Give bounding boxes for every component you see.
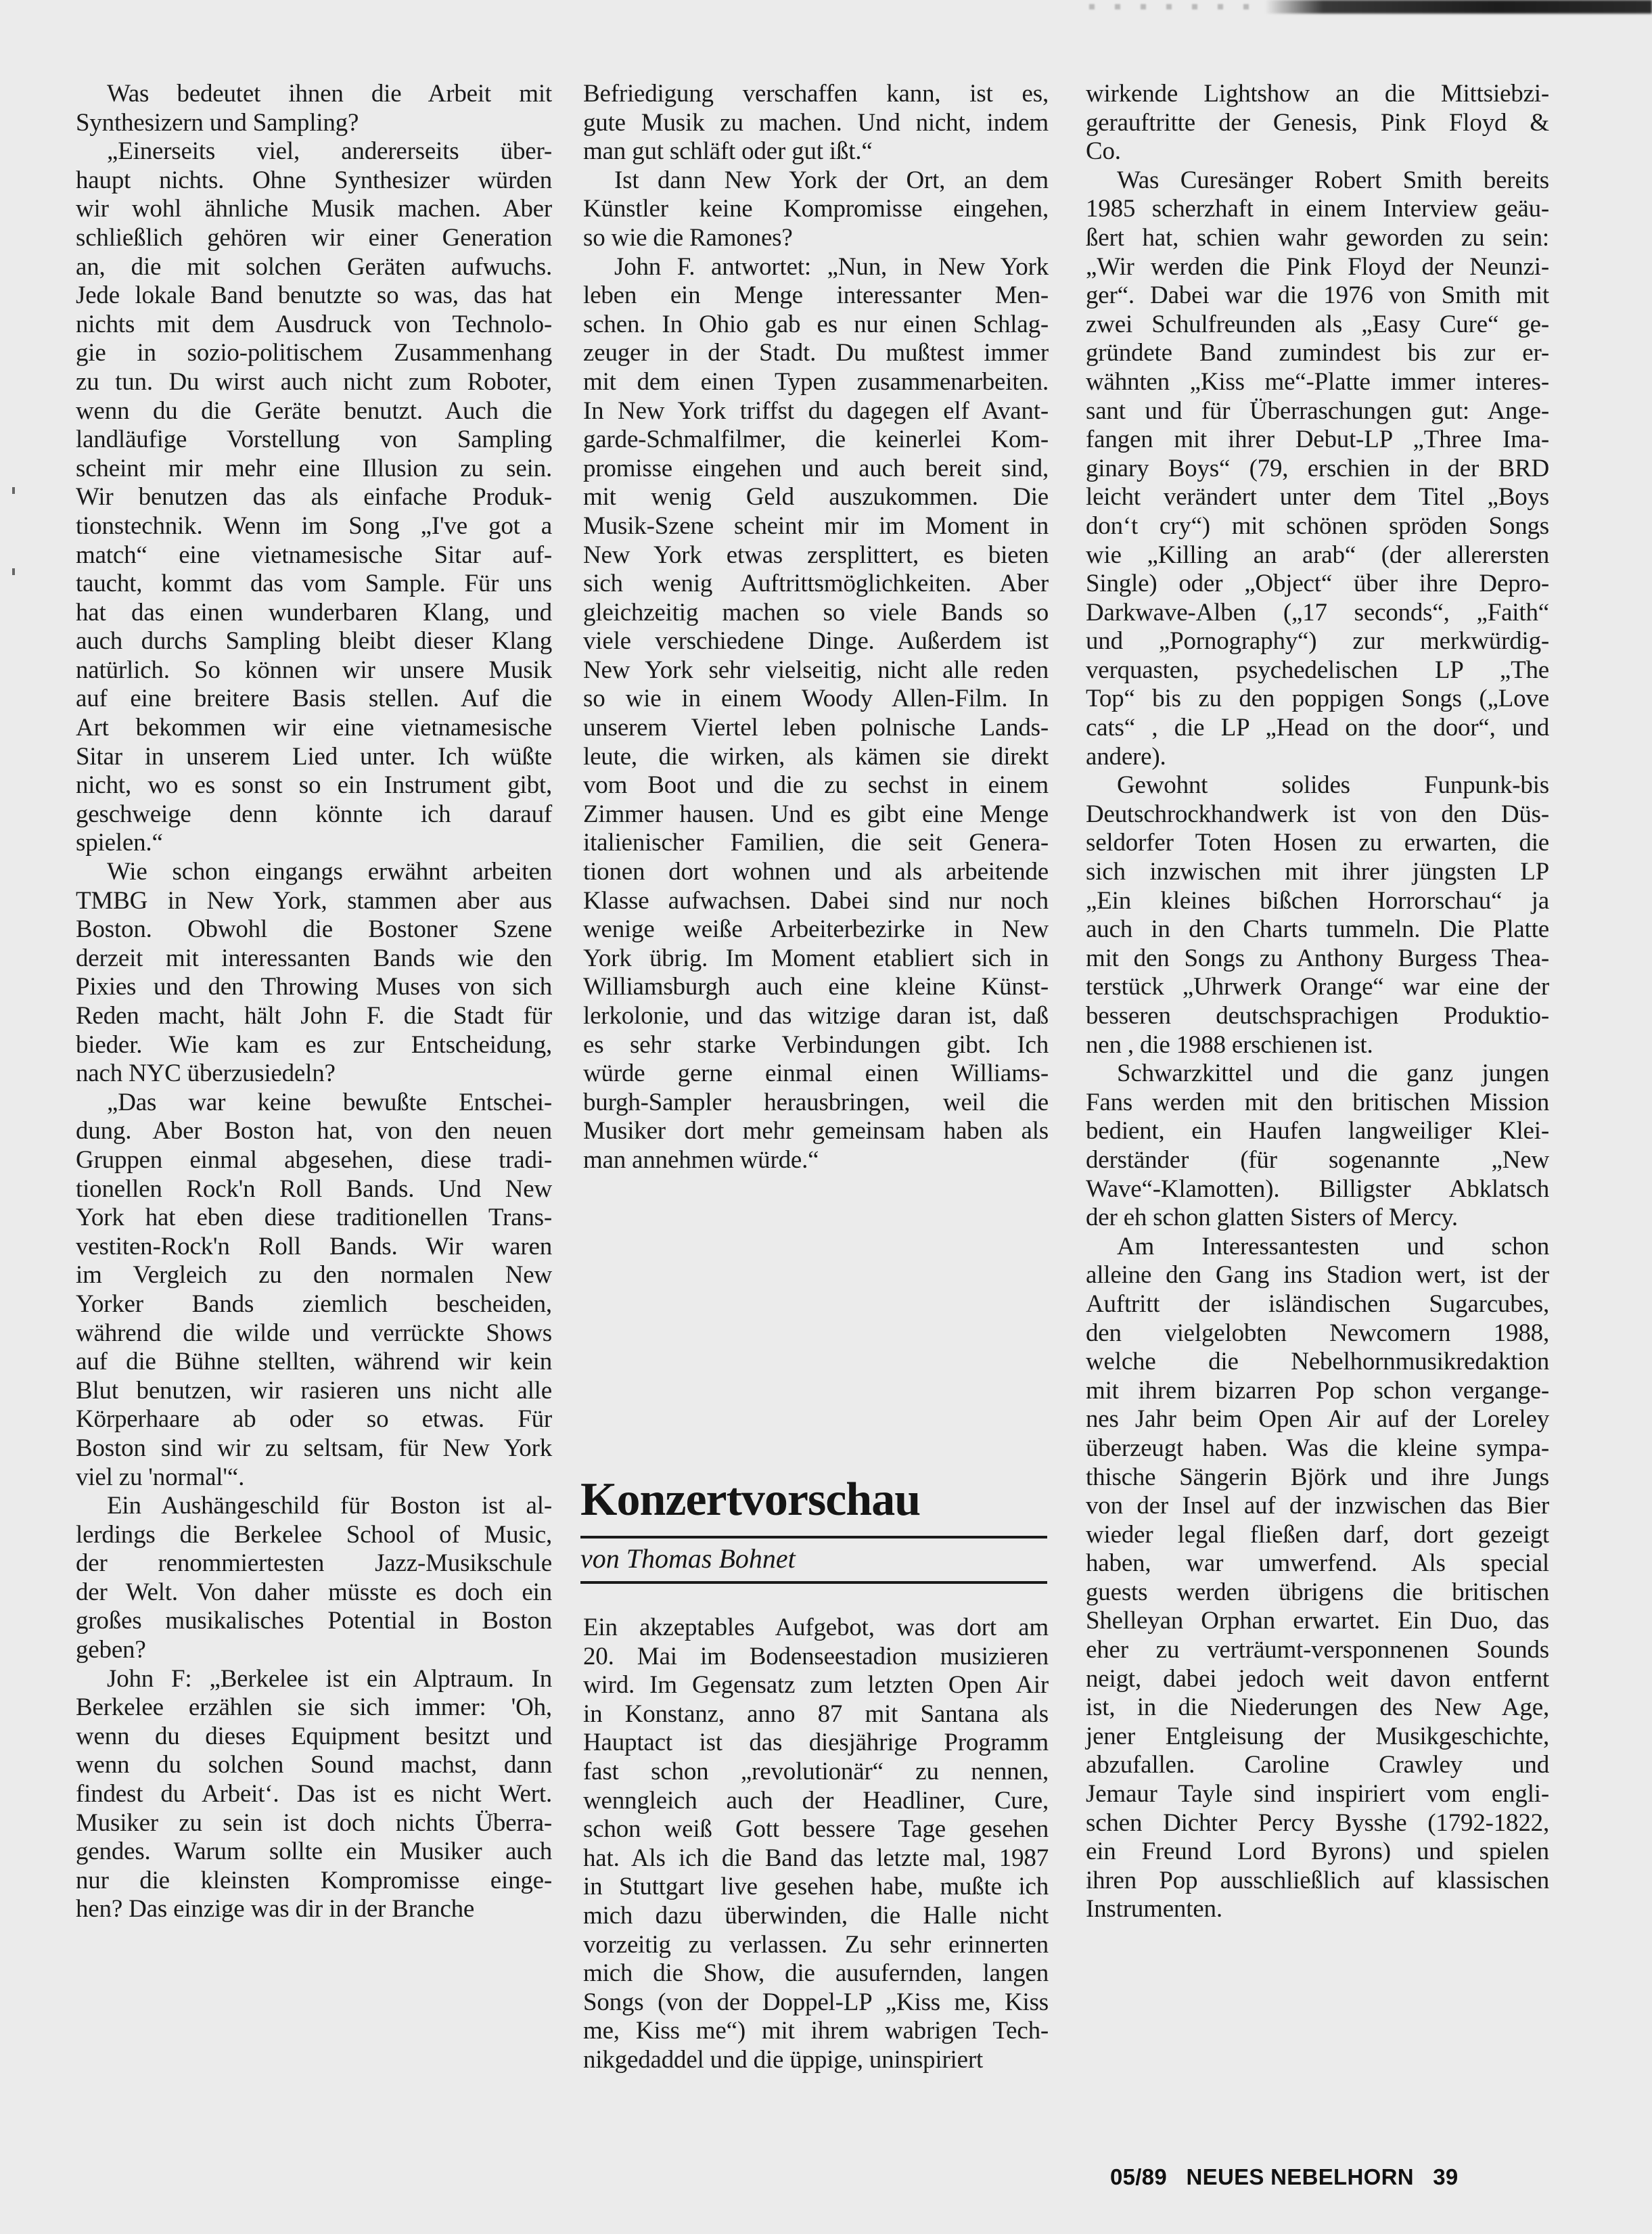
text-line: schon weiß Gott bessere Tage gesehen (583, 1815, 1049, 1844)
text-line: Pixies und den Throwing Muses von sich (76, 973, 552, 1002)
paragraph: „Das war keine bewußte Entschei-dung. Ab… (76, 1089, 552, 1492)
text-line: Musik-Szene scheint mir im Moment in (583, 512, 1049, 541)
text-line: Boston. Obwohl die Bostoner Szene (76, 915, 552, 944)
text-line: Songs (von der Doppel-LP „Kiss me, Kiss (583, 1988, 1049, 2018)
text-line: Shelleyan Orphan erwartet. Ein Duo, das (1086, 1607, 1549, 1636)
text-line: 1985 scherzhaft in einem Interview geäu- (1086, 195, 1549, 224)
text-line: wenngleich auch der Headliner, Cure, (583, 1787, 1049, 1816)
paragraph: Ein akzeptables Aufgebot, was dort am20.… (583, 1614, 1049, 2075)
paragraph: John F: „Berkelee ist ein Alptraum. InBe… (76, 1665, 552, 1924)
text-line: sich wenig Auftrittsmöglichkeiten. Aber (583, 570, 1049, 599)
text-line: York übrig. Im Moment etabliert sich in (583, 944, 1049, 974)
text-line: Ist dann New York der Ort, an dem (583, 166, 1049, 196)
text-line: in Stuttgart live gesehen habe, mußte ic… (583, 1873, 1049, 1902)
text-line: New York etwas zersplittert, es bieten (583, 541, 1049, 570)
text-line: tionstechnik. Wenn im Song „I've got a (76, 512, 552, 541)
text-line: Wave“-Klamotten). Billigster Abklatsch (1086, 1175, 1549, 1204)
text-line: wird. Im Gegensatz zum letzten Open Air (583, 1671, 1049, 1700)
text-line: es sehr starke Verbindungen gibt. Ich (583, 1031, 1049, 1060)
text-line: spielen.“ (76, 829, 552, 858)
text-line: Gruppen einmal abgesehen, diese tradi- (76, 1146, 552, 1175)
text-line: Befriedigung verschaffen kann, ist es, (583, 80, 1049, 109)
text-line: John F: „Berkelee ist ein Alptraum. In (76, 1665, 552, 1694)
text-line: In New York triffst du dagegen elf Avant… (583, 397, 1049, 426)
text-line: abzufallen. Caroline Crawley und (1086, 1751, 1549, 1780)
text-line: Art bekommen wir eine vietnamesische (76, 714, 552, 743)
text-line: wenn du dieses Equipment besitzt und (76, 1723, 552, 1752)
text-line: guests werden übrigens die britischen (1086, 1578, 1549, 1608)
text-line: wie „Killing an arab“ (der allerersten (1086, 541, 1549, 570)
text-line: promisse eingehen und auch bereit sind, (583, 455, 1049, 484)
text-line: ßert hat, schien wahr geworden zu sein: (1086, 224, 1549, 253)
text-line: ist, in die Niederungen des New Age, (1086, 1693, 1549, 1723)
text-line: wieder legal fließen darf, dort gezeigt (1086, 1521, 1549, 1550)
text-line: ginary Boys“ (79, erschien in der BRD (1086, 455, 1549, 484)
text-line: nur die kleinsten Kompromisse einge- (76, 1867, 552, 1896)
text-line: auf die Bühne stellten, während wir kein (76, 1348, 552, 1377)
text-line: gleichzeitig machen so viele Bands so (583, 599, 1049, 628)
text-line: der Welt. Von daher müsste es doch ein (76, 1578, 552, 1608)
text-line: gerauftritte der Genesis, Pink Floyd & (1086, 109, 1549, 138)
text-line: New York sehr vielseitig, nicht alle red… (583, 656, 1049, 685)
text-line: hat. Als ich die Band das letzte mal, 19… (583, 1844, 1049, 1873)
text-line: Körperhaare ab oder so etwas. Für (76, 1405, 552, 1434)
text-line: York hat eben diese traditionellen Trans… (76, 1204, 552, 1233)
text-line: zwei Schulfreunden als „Easy Cure“ ge- (1086, 311, 1549, 340)
text-line: match“ eine vietnamesische Sitar auf- (76, 541, 552, 570)
text-line: nach NYC überzusiedeln? (76, 1059, 552, 1089)
text-line: mich die Show, die ausufernden, langen (583, 1959, 1049, 1988)
page-footer: 05/89 NEUES NEBELHORN 39 (1110, 2164, 1459, 2190)
text-line: Williamsburgh auch eine kleine Künst- (583, 973, 1049, 1002)
text-line: mit ihrem bizarren Pop schon vergange- (1086, 1377, 1549, 1406)
text-line: überzeugt haben. Was die kleine sympa- (1086, 1434, 1549, 1463)
text-line: schließlich gehören wir einer Generation (76, 224, 552, 253)
text-line: derzeit mit interessanten Bands wie den (76, 944, 552, 974)
text-line: sich inzwischen mit ihrer jüngsten LP (1086, 858, 1549, 887)
text-line: auf eine breitere Basis stellen. Auf die (76, 685, 552, 714)
text-line: „Einerseits viel, andererseits über- (76, 137, 552, 166)
text-line: me, Kiss me“) mit ihrem wabrigen Tech- (583, 2017, 1049, 2046)
text-line: lerkolonie, und das witzige daran ist, d… (583, 1002, 1049, 1031)
text-line: gie in sozio-politischem Zusammenhang (76, 339, 552, 368)
text-line: Reden macht, hält John F. die Stadt für (76, 1002, 552, 1031)
text-line: wir wohl ähnliche Musik machen. Aber (76, 195, 552, 224)
text-line: TMBG in New York, stammen aber aus (76, 887, 552, 916)
text-line: don‘t cry“) mit schönen spröden Songs (1086, 512, 1549, 541)
text-line: Darkwave-Alben („17 seconds“, „Faith“ (1086, 599, 1549, 628)
text-line: Am Interessantesten und schon (1086, 1233, 1549, 1262)
text-line: besseren deutschsprachigen Produktio- (1086, 1002, 1549, 1031)
text-line: neigt, dabei jedoch weit davon entfernt (1086, 1665, 1549, 1694)
text-line: Was bedeutet ihnen die Arbeit mit (76, 80, 552, 109)
text-line: ger“. Dabei war die 1976 von Smith mit (1086, 281, 1549, 311)
text-line: seldorfer Toten Hosen zu erwarten, die (1086, 829, 1549, 858)
text-line: schen. In Ohio gab es nur einen Schlag- (583, 311, 1049, 340)
text-line: im Vergleich zu den normalen New (76, 1261, 552, 1290)
paragraph: Am Interessantesten und schonalleine den… (1086, 1233, 1549, 1924)
text-line: „Wir werden die Pink Floyd der Neunzi- (1086, 253, 1549, 282)
text-line: Auftritt der isländischen Sugarcubes, (1086, 1290, 1549, 1319)
text-line: Gewohnt solides Funpunk-bis (1086, 771, 1549, 800)
text-line: gute Musik zu machen. Und nicht, indem (583, 109, 1049, 138)
article-column-1: Was bedeutet ihnen die Arbeit mitSynthes… (76, 80, 552, 1924)
text-line: den vielgelobten Newcomern 1988, (1086, 1319, 1549, 1348)
paragraph: John F. antwortet: „Nun, in New Yorklebe… (583, 253, 1049, 1175)
text-line: geben? (76, 1636, 552, 1665)
text-line: Co. (1086, 137, 1549, 166)
paragraph: Was bedeutet ihnen die Arbeit mitSynthes… (76, 80, 552, 137)
text-line: Ein akzeptables Aufgebot, was dort am (583, 1614, 1049, 1643)
byline: von Thomas Bohnet (580, 1543, 796, 1574)
text-line: auch in den Charts tummeln. Die Platte (1086, 915, 1549, 944)
section-headline: Konzertvorschau (580, 1473, 920, 1527)
text-line: alleine den Gang ins Stadion wert, ist d… (1086, 1261, 1549, 1290)
text-line: natürlich. So können wir unsere Musik (76, 656, 552, 685)
text-line: Ein Aushängeschild für Boston ist al- (76, 1492, 552, 1521)
text-line: leicht verändert unter dem Titel „Boys (1086, 483, 1549, 512)
page-number: 39 (1433, 2164, 1458, 2189)
text-line: nichts mit dem Ausdruck von Technolo- (76, 311, 552, 340)
text-line: unserem Viertel leben polnische Lands- (583, 714, 1049, 743)
text-line: viele verschiedene Dinge. Außerdem ist (583, 627, 1049, 656)
text-line: großes musikalisches Potential in Boston (76, 1607, 552, 1636)
text-line: nen , die 1988 erschienen ist. (1086, 1031, 1549, 1060)
text-line: verquasten, psychedelischen LP „The (1086, 656, 1549, 685)
text-line: nikgedaddel und die üppige, uninspiriert (583, 2046, 1049, 2075)
text-line: hat das einen wunderbaren Klang, und (76, 599, 552, 628)
text-line: Zimmer hausen. Und es gibt eine Menge (583, 800, 1049, 829)
text-line: Musiker dort mehr gemeinsam haben als (583, 1117, 1049, 1146)
text-line: gründete Band zumindest bis zur er- (1086, 339, 1549, 368)
text-line: scheint mir mehr eine Illusion zu sein. (76, 455, 552, 484)
magazine-name: NEUES NEBELHORN (1187, 2164, 1414, 2189)
text-line: vom Boot und die zu sechst in einem (583, 771, 1049, 800)
text-line: ein Freund Lord Byrons) und spielen (1086, 1838, 1549, 1867)
text-line: vorzeitig zu verlassen. Zu sehr erinnert… (583, 1931, 1049, 1960)
text-line: tionen dort wohnen und als arbeitende (583, 858, 1049, 887)
text-line: Boston sind wir zu seltsam, für New York (76, 1434, 552, 1463)
text-line: wenige weiße Arbeiterbezirke in New (583, 915, 1049, 944)
text-line: wirkende Lightshow an die Mittsiebzi- (1086, 80, 1549, 109)
text-line: terstück „Uhrwerk Orange“ war eine der (1086, 973, 1549, 1002)
text-line: haben, war umwerfend. Als special (1086, 1549, 1549, 1578)
text-line: schen Dichter Percy Bysshe (1792-1822, (1086, 1809, 1549, 1838)
text-line: tionellen Rock'n Roll Bands. Und New (76, 1175, 552, 1204)
text-line: wähnten „Kiss me“-Platte immer interes- (1086, 368, 1549, 397)
text-line: zeuger in der Stadt. Du mußtest immer (583, 339, 1049, 368)
text-line: vestiten-Rock'n Roll Bands. Wir waren (76, 1233, 552, 1262)
konzertvorschau-column-2: Ein akzeptables Aufgebot, was dort am20.… (583, 1614, 1049, 2075)
text-line: gendes. Warum sollte ein Musiker auch (76, 1838, 552, 1867)
text-line: leben ein Menge interessanter Men- (583, 281, 1049, 311)
text-line: Klasse aufwachsen. Dabei sind nur noch (583, 887, 1049, 916)
text-line: hen? Das einzige was dir in der Branche (76, 1895, 552, 1924)
text-line: geschweige denn könnte ich darauf (76, 800, 552, 829)
scan-artifact (1265, 0, 1652, 14)
text-line: bieder. Wie kam es zur Entscheidung, (76, 1031, 552, 1060)
text-line: cats“ , die LP „Head on the door“, und (1086, 714, 1549, 743)
text-line: Jede lokale Band benutzte so was, das ha… (76, 281, 552, 311)
text-line: und „Pornography“) zur merkwürdig- (1086, 627, 1549, 656)
scan-artifact (1089, 4, 1265, 9)
text-line: mit wenig Geld auszukommen. Die (583, 483, 1049, 512)
text-line: wenn du solchen Sound machst, dann (76, 1751, 552, 1780)
text-line: Künstler keine Kompromisse eingehen, (583, 195, 1049, 224)
text-line: welche die Nebelhornmusikredaktion (1086, 1348, 1549, 1377)
paragraph: Befriedigung verschaffen kann, ist es,gu… (583, 80, 1049, 166)
text-line: garde-Schmalfilmer, die keinerlei Kom- (583, 426, 1049, 455)
paragraph: Ist dann New York der Ort, an demKünstle… (583, 166, 1049, 253)
paragraph: Ein Aushängeschild für Boston ist al-ler… (76, 1492, 552, 1665)
article-column-2: Befriedigung verschaffen kann, ist es,gu… (583, 80, 1049, 1175)
text-line: Hauptact ist das diesjährige Programm (583, 1729, 1049, 1758)
text-line: viel zu 'normal'“. (76, 1463, 552, 1492)
text-line: Single) oder „Object“ über ihre Depro- (1086, 570, 1549, 599)
text-line: andere). (1086, 743, 1549, 772)
text-line: Top“ bis zu den poppigen Songs („Love (1086, 685, 1549, 714)
text-line: an, die mit solchen Geräten aufwuchs. (76, 253, 552, 282)
text-line: der eh schon glatten Sisters of Mercy. (1086, 1204, 1549, 1233)
text-line: in Konstanz, anno 87 mit Santana als (583, 1700, 1049, 1729)
text-line: taucht, kommt das vom Sample. Für uns (76, 570, 552, 599)
text-line: man annehmen würde.“ (583, 1146, 1049, 1175)
text-line: mit dem einen Typen zusammenarbeiten. (583, 368, 1049, 397)
text-line: thische Sängerin Björk und ihre Jungs (1086, 1463, 1549, 1492)
text-line: Wir benutzen das als einfache Produk- (76, 483, 552, 512)
text-line: Was Curesänger Robert Smith bereits (1086, 166, 1549, 196)
text-line: lerdings die Berkelee School of Music, (76, 1521, 552, 1550)
text-line: fast schon „revolutionär“ zu nennen, (583, 1758, 1049, 1787)
margin-mark (12, 487, 15, 494)
byline-rule-bottom (580, 1581, 1047, 1584)
byline-rule-top (580, 1536, 1047, 1538)
paragraph: Wie schon eingangs erwähnt arbeitenTMBG … (76, 858, 552, 1089)
margin-mark (12, 568, 15, 575)
text-line: 20. Mai im Bodenseestadion musizieren (583, 1643, 1049, 1672)
text-line: Wie schon eingangs erwähnt arbeiten (76, 858, 552, 887)
text-line: Blut benutzen, wir rasieren uns nicht al… (76, 1377, 552, 1406)
text-line: Yorker Bands ziemlich bescheiden, (76, 1290, 552, 1319)
text-line: mit den Songs zu Anthony Burgess Thea- (1086, 944, 1549, 974)
text-line: nes Jahr beim Open Air auf der Loreley (1086, 1405, 1549, 1434)
text-line: eher zu verträumt-versponnenen Sounds (1086, 1636, 1549, 1665)
text-line: ihren Pop ausschließlich auf klassischen (1086, 1867, 1549, 1896)
issue-date: 05/89 (1110, 2164, 1167, 2189)
text-line: man gut schläft oder gut ißt.“ (583, 137, 1049, 166)
text-line: zu tun. Du wirst auch nicht zum Roboter, (76, 368, 552, 397)
text-line: auch durchs Sampling bleibt dieser Klang (76, 627, 552, 656)
text-line: wenn du die Geräte benutzt. Auch die (76, 397, 552, 426)
text-line: Jemaur Tayle sind inspiriert vom engli- (1086, 1780, 1549, 1809)
paragraph: Schwarzkittel und die ganz jungenFans we… (1086, 1059, 1549, 1233)
text-line: fangen mit ihrer Debut-LP „Three Ima- (1086, 426, 1549, 455)
text-line: so wie in einem Woody Allen-Film. In (583, 685, 1049, 714)
text-line: würde gerne einmal einen Williams- (583, 1059, 1049, 1089)
text-line: bedient, ein Haufen langweiliger Klei- (1086, 1117, 1549, 1146)
text-line: der renommiertesten Jazz-Musikschule (76, 1549, 552, 1578)
text-line: haupt nichts. Ohne Synthesizer würden (76, 166, 552, 196)
text-line: Synthesizern und Sampling? (76, 109, 552, 138)
text-line: landläufige Vorstellung von Sampling (76, 426, 552, 455)
text-line: dung. Aber Boston hat, von den neuen (76, 1117, 552, 1146)
paragraph: wirkende Lightshow an die Mittsiebzi-ger… (1086, 80, 1549, 166)
text-line: während die wilde und verrückte Shows (76, 1319, 552, 1348)
text-line: sant und für Überraschungen gut: Ange- (1086, 397, 1549, 426)
text-line: Deutschrockhandwerk ist von den Düs- (1086, 800, 1549, 829)
text-line: Musiker zu sein ist doch nichts Überra- (76, 1809, 552, 1838)
text-line: „Das war keine bewußte Entschei- (76, 1089, 552, 1118)
text-line: Schwarzkittel und die ganz jungen (1086, 1059, 1549, 1089)
text-line: italienischer Familien, die seit Genera- (583, 829, 1049, 858)
text-line: Instrumenten. (1086, 1895, 1549, 1924)
text-line: so wie die Ramones? (583, 224, 1049, 253)
text-line: „Ein kleines bißchen Horrorschau“ ja (1086, 887, 1549, 916)
paragraph: „Einerseits viel, andererseits über-haup… (76, 137, 552, 858)
text-line: jener Entgleisung der Musikgeschichte, (1086, 1723, 1549, 1752)
text-line: leute, die wirken, als kämen sie direkt (583, 743, 1049, 772)
text-line: nicht, wo es sonst so ein Instrument gib… (76, 771, 552, 800)
text-line: Fans werden mit den britischen Mission (1086, 1089, 1549, 1118)
text-line: Berkelee erzählen sie sich immer: 'Oh, (76, 1693, 552, 1723)
paragraph: Gewohnt solides Funpunk-bisDeutschrockha… (1086, 771, 1549, 1059)
text-line: burgh-Sampler herausbringen, weil die (583, 1089, 1049, 1118)
text-line: John F. antwortet: „Nun, in New York (583, 253, 1049, 282)
text-line: von der Insel auf der inzwischen das Bie… (1086, 1492, 1549, 1521)
text-line: mich dazu überwinden, die Halle nicht (583, 1902, 1049, 1931)
paragraph: Was Curesänger Robert Smith bereits1985 … (1086, 166, 1549, 771)
text-line: derständer (für sogenannte „New (1086, 1146, 1549, 1175)
text-line: findest du Arbeit‘. Das ist es nicht Wer… (76, 1780, 552, 1809)
konzertvorschau-column-3: wirkende Lightshow an die Mittsiebzi-ger… (1086, 80, 1549, 1924)
text-line: Sitar in unserem Lied unter. Ich wüßte (76, 743, 552, 772)
